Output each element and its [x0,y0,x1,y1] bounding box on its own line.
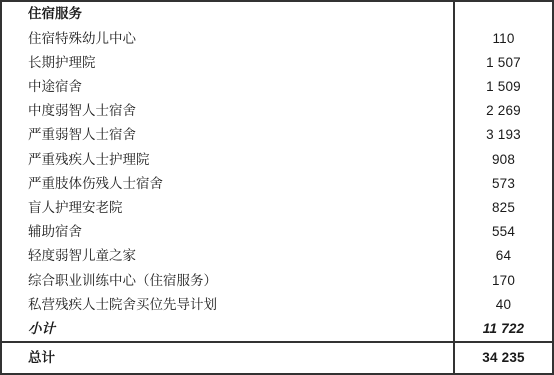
total-value: 34 235 [453,343,552,373]
service-value: 825 [453,196,552,220]
service-label: 中度弱智人士宿舍 [2,99,453,123]
table-row: 综合职业训练中心（住宿服务） 170 [2,268,552,292]
service-value: 170 [453,268,552,292]
service-label: 中途宿舍 [2,75,453,99]
section-title-value-cell [453,2,552,26]
table-row: 中途宿舍 1 509 [2,75,552,99]
subtotal-label: 小计 [2,317,453,341]
service-value: 554 [453,220,552,244]
service-label: 严重残疾人士护理院 [2,147,453,171]
service-label: 辅助宿舍 [2,220,453,244]
service-label: 轻度弱智儿童之家 [2,244,453,268]
service-label: 盲人护理安老院 [2,196,453,220]
service-value: 40 [453,292,552,316]
service-label: 住宿特殊幼儿中心 [2,26,453,50]
table-row: 私营残疾人士院舍买位先导计划 40 [2,292,552,316]
service-label: 综合职业训练中心（住宿服务） [2,268,453,292]
service-value: 908 [453,147,552,171]
table-header-row: 住宿服务 [2,2,552,26]
subtotal-row: 小计 11 722 [2,317,552,341]
service-value: 573 [453,171,552,195]
total-label: 总计 [2,343,453,373]
residential-services-table: 住宿服务 住宿特殊幼儿中心 110 长期护理院 1 507 中途宿舍 1 509… [0,0,554,375]
table-row: 严重肢体伤残人士宿舍 573 [2,171,552,195]
service-value: 3 193 [453,123,552,147]
table-row: 长期护理院 1 507 [2,50,552,74]
service-value: 64 [453,244,552,268]
total-row: 总计 34 235 [2,341,552,373]
service-value: 2 269 [453,99,552,123]
service-value: 110 [453,26,552,50]
service-label: 长期护理院 [2,50,453,74]
service-value: 1 509 [453,75,552,99]
table-row: 严重残疾人士护理院 908 [2,147,552,171]
table-row: 轻度弱智儿童之家 64 [2,244,552,268]
section-title: 住宿服务 [2,2,453,26]
service-value: 1 507 [453,50,552,74]
table-row: 严重弱智人士宿舍 3 193 [2,123,552,147]
service-label: 严重弱智人士宿舍 [2,123,453,147]
table-row: 辅助宿舍 554 [2,220,552,244]
service-label: 私营残疾人士院舍买位先导计划 [2,292,453,316]
subtotal-value: 11 722 [453,317,552,341]
service-label: 严重肢体伤残人士宿舍 [2,171,453,195]
table-row: 盲人护理安老院 825 [2,196,552,220]
table-row: 中度弱智人士宿舍 2 269 [2,99,552,123]
table-row: 住宿特殊幼儿中心 110 [2,26,552,50]
